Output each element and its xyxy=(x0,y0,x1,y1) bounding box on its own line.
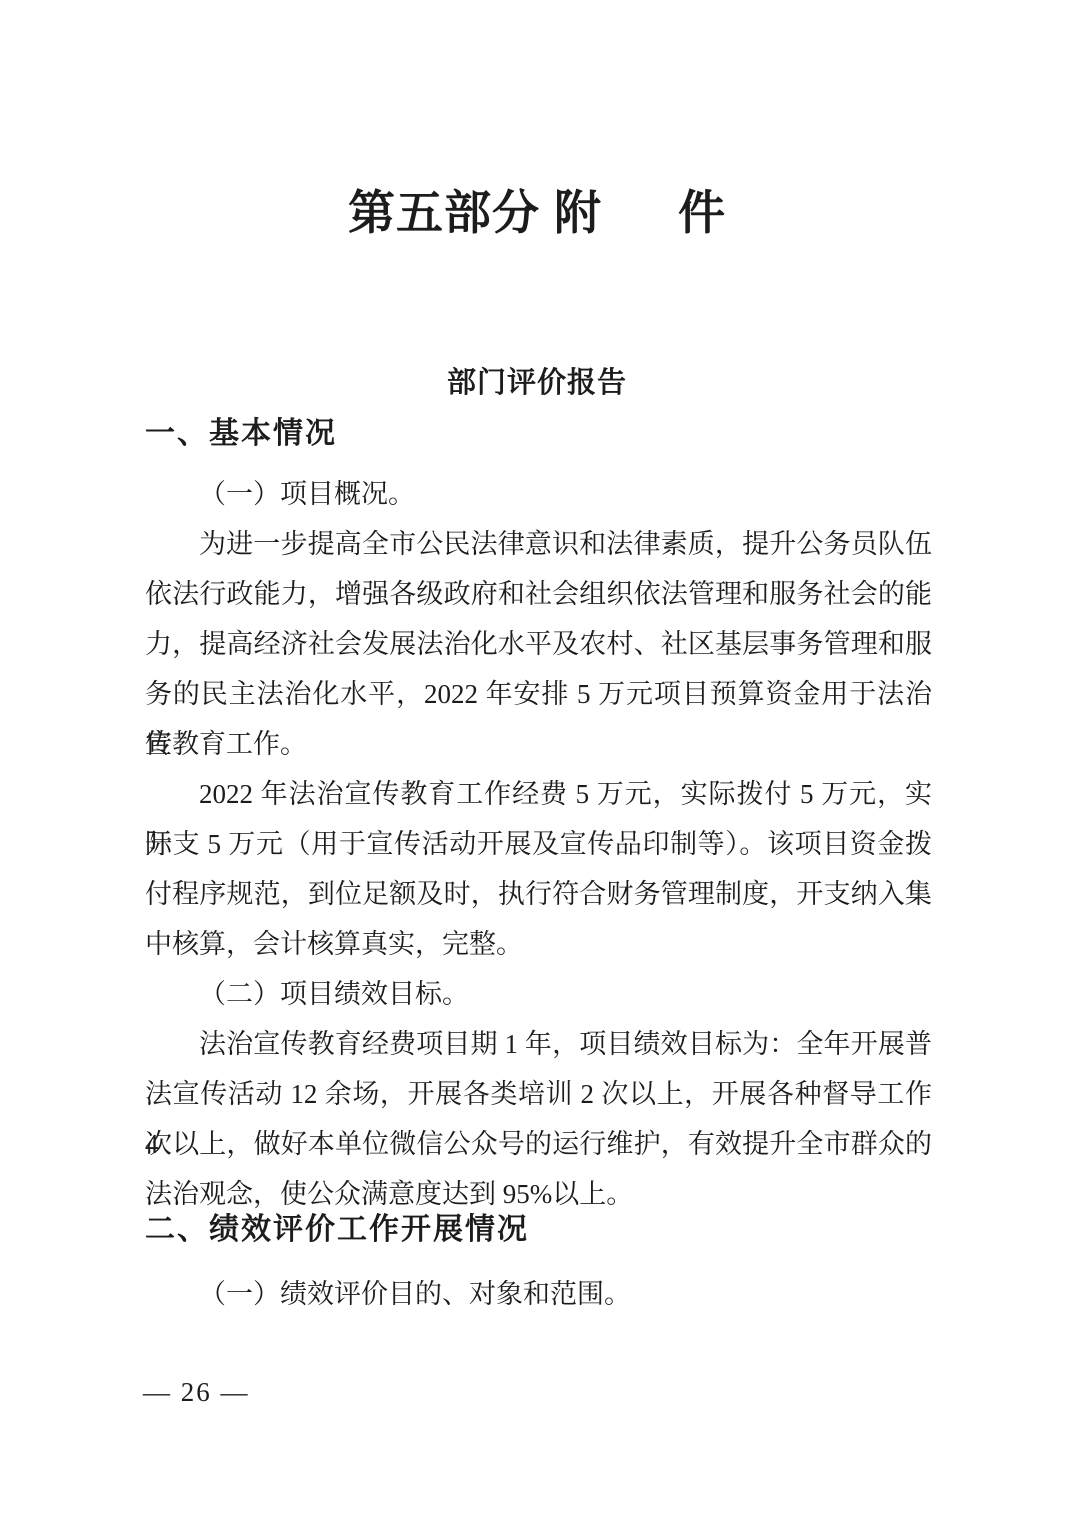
title-part-3: 件 xyxy=(678,188,726,240)
text-line: 2022 年法治宣传教育工作经费 5 万元，实际拨付 5 万元，实际 xyxy=(145,769,932,819)
text-line: 务的民主法治化水平，2022 年安排 5 万元项目预算资金用于法治宣 xyxy=(145,669,932,719)
text-line: 为进一步提高全市公民法律意识和法律素质，提升公务员队伍 xyxy=(145,519,932,569)
section-heading: 二、绩效评价工作开展情况 xyxy=(145,1205,932,1255)
report-subtitle: 部门评价报告 xyxy=(0,365,1074,401)
text-line: 传教育工作。 xyxy=(145,719,932,769)
title-part-1: 第五部分 xyxy=(348,188,540,240)
page-number: — 26 — xyxy=(143,1375,250,1409)
text-line: （一）项目概况。 xyxy=(145,469,932,519)
text-line: 法治宣传教育经费项目期 1 年，项目绩效目标为：全年开展普 xyxy=(145,1019,932,1069)
text-line: （二）项目绩效目标。 xyxy=(145,969,932,1019)
document-title: 第五部分附件 xyxy=(0,184,1074,244)
section-heading-basic-info: 一、基本情况 xyxy=(145,414,337,454)
text-line: （一）绩效评价目的、对象和范围。 xyxy=(145,1269,932,1319)
text-line: 开支 5 万元（用于宣传活动开展及宣传品印制等）。该项目资金拨 xyxy=(145,819,932,869)
text-line: 付程序规范，到位足额及时，执行符合财务管理制度，开支纳入集 xyxy=(145,869,932,919)
text-line: 法宣传活动 12 余场，开展各类培训 2 次以上，开展各种督导工作 4 xyxy=(145,1069,932,1119)
text-line: 力，提高经济社会发展法治化水平及农村、社区基层事务管理和服 xyxy=(145,619,932,669)
document-body: （一）项目概况。为进一步提高全市公民法律意识和法律素质，提升公务员队伍依法行政能… xyxy=(145,469,932,1319)
document-page: 第五部分附件 部门评价报告 一、基本情况 （一）项目概况。为进一步提高全市公民法… xyxy=(0,0,1074,1520)
text-line: 次以上，做好本单位微信公众号的运行维护，有效提升全市群众的 xyxy=(145,1119,932,1169)
text-line: 中核算，会计核算真实，完整。 xyxy=(145,919,932,969)
text-line: 依法行政能力，增强各级政府和社会组织依法管理和服务社会的能 xyxy=(145,569,932,619)
title-part-2: 附 xyxy=(554,188,602,240)
